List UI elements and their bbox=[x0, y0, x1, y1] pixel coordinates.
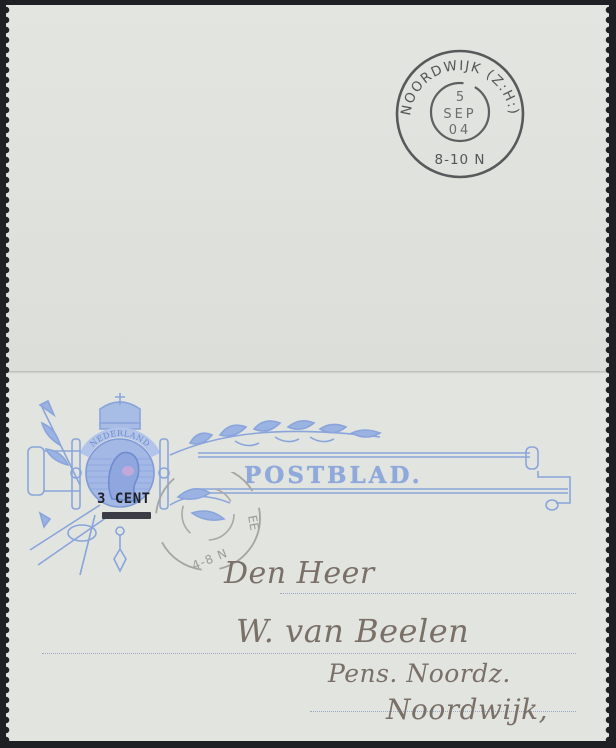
address-line-2 bbox=[42, 653, 576, 654]
perforation-bottom bbox=[6, 736, 609, 746]
address-city: Noordwijk, bbox=[386, 693, 548, 726]
address-salutation: Den Heer bbox=[224, 556, 375, 591]
address-street: Pens. Noordz. bbox=[328, 659, 511, 688]
svg-text:5: 5 bbox=[456, 90, 464, 105]
perforation-right bbox=[599, 5, 609, 741]
value-overprint: 3 CENT bbox=[97, 491, 151, 507]
perforation-left bbox=[6, 5, 16, 741]
svg-text:SEP: SEP bbox=[443, 107, 476, 122]
perforation-top bbox=[6, 0, 609, 10]
svg-text:04: 04 bbox=[449, 123, 472, 138]
address-line-1 bbox=[280, 593, 576, 594]
svg-text:EE: EE bbox=[245, 514, 261, 531]
address-name: W. van Beelen bbox=[236, 612, 469, 650]
svg-text:8-10 N: 8-10 N bbox=[434, 152, 485, 168]
overprint-bar bbox=[102, 512, 151, 519]
postmark-noordwijk: NOORDWIJK (Z:H:) 5 SEP 04 8-10 N bbox=[390, 48, 530, 180]
